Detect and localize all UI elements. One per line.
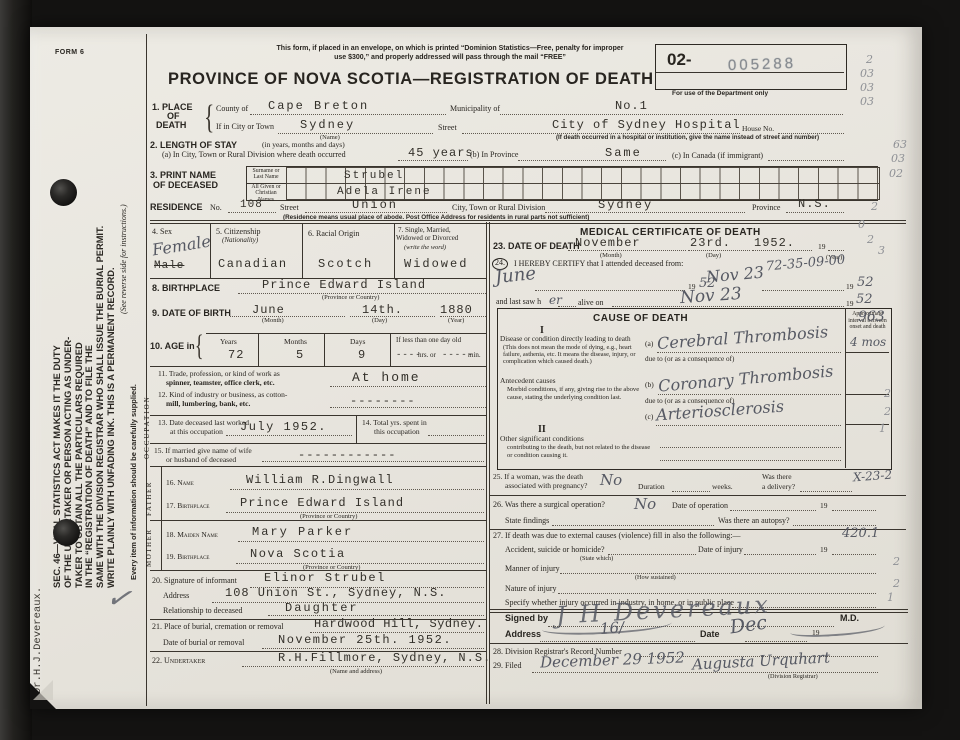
q25-margin-handwritten: X-23-2 — [853, 469, 893, 485]
dod-year-pre: 19 — [818, 243, 826, 251]
surname-value: Strubel — [344, 170, 404, 182]
q27-nature-label: Nature of injury — [505, 585, 557, 594]
age-months-value: 5 — [296, 349, 304, 362]
mother-birthplace-value: Nova Scotia — [250, 548, 346, 561]
age-days-label: Days — [350, 338, 365, 346]
pencil-mark: 3 — [878, 245, 885, 257]
q27-dateinjury-label: Date of injury — [698, 546, 743, 555]
q27-margin-handwritten: 420.1 — [842, 527, 879, 542]
dotted-line — [228, 211, 276, 213]
marital-sublabel: (write the word) — [404, 244, 446, 251]
q25-delivery-label-1: Was there — [762, 473, 792, 481]
informant-value: Elinor Strubel — [264, 572, 386, 585]
q25-handwritten: No — [600, 472, 622, 489]
rule-line — [490, 495, 906, 496]
pencil-mark: 2 — [884, 406, 891, 418]
father-birthplace-value: Prince Edward Island — [240, 497, 404, 510]
q24-aliveon-label: alive on — [578, 299, 604, 308]
cause-disease-note: (This does not mean the mode of dying, e… — [503, 344, 645, 366]
residence-street-label: Street — [280, 204, 299, 213]
residence-no-value: 108 — [240, 199, 263, 211]
dotted-line — [658, 393, 841, 395]
margin-supply-note: Every item of information should be care… — [130, 384, 138, 580]
rule-line — [150, 520, 486, 521]
surname-sublabel: Surname or Last Name — [247, 168, 285, 181]
dotted-line — [230, 488, 484, 490]
mother-vertical-label: MOTHER — [146, 528, 154, 567]
residence-province-label: Province — [752, 204, 780, 213]
pencil-mark: 2 — [893, 578, 900, 590]
street-label: Street — [438, 124, 457, 133]
dob-day-subnote: (Day) — [372, 317, 387, 324]
dotted-line — [660, 446, 841, 448]
rule-line — [150, 466, 486, 467]
rule-line — [656, 72, 844, 73]
county-label: County of — [216, 105, 248, 114]
dotted-line — [688, 249, 750, 251]
q29-label: 29. Filed — [493, 662, 521, 671]
dotted-line — [540, 640, 695, 642]
dotted-line — [672, 490, 710, 492]
q27-label: 27. If death was due to external causes … — [493, 532, 740, 541]
undertaker-subnote: (Name and address) — [330, 668, 382, 675]
margin-sec46-notice: SEC. 46—VITAL STATISTICS ACT MAKES IT TH… — [52, 83, 117, 588]
citizenship-value: Canadian — [218, 258, 288, 271]
age-hrs-label: hrs. or — [418, 352, 436, 360]
father-vertical-label: FATHER — [146, 481, 154, 516]
street-value: City of Sydney Hospital — [552, 119, 741, 132]
dotted-line — [800, 490, 852, 492]
house-no-label: House No. — [742, 125, 774, 133]
cause-disease-label: Disease or condition directly leading to… — [500, 335, 631, 343]
age-days-value: 9 — [358, 349, 366, 362]
q12-label-2: mill, lumbering, bank, etc. — [166, 400, 250, 408]
place-label-3: DEATH — [156, 120, 186, 130]
age-min-label: min. — [468, 352, 481, 360]
dotted-line — [744, 553, 816, 555]
rule-line — [356, 415, 357, 443]
rule-line — [302, 224, 303, 278]
q24-year3-handwritten: 52 — [856, 293, 873, 308]
pencil-mark: 02 — [889, 168, 903, 180]
city-town-label: If in City or Town — [216, 123, 274, 132]
hospital-subnote: (If death occurred in a hospital or inst… — [556, 135, 819, 142]
printname-label-1: 3. PRINT NAME — [150, 170, 216, 180]
stay-b-label: (b) In Province — [470, 151, 518, 160]
residence-street-value: Union — [352, 199, 398, 212]
father-birthplace-label: 17. Birthplace — [166, 502, 209, 510]
stay-c-label: (c) In Canada (if immigrant) — [672, 152, 763, 161]
rule-line — [489, 222, 490, 704]
givenname-value: Adela Irene — [337, 186, 432, 198]
dotted-line — [242, 665, 484, 667]
margin-reverse-note: (See reverse side for instructions.) — [120, 204, 129, 314]
margin-doctor-name: Dr.H.J.Devereaux. — [33, 587, 45, 694]
sec46-line-2: OF THE UNDERTAKER OR PERSON ACTING AS UN… — [63, 83, 74, 588]
cause-a-interval-handwritten: 4 mos — [850, 336, 886, 349]
rule-line — [161, 466, 162, 520]
q26-handwritten: No — [634, 496, 656, 513]
scanned-death-registration: Dr.H.J.Devereaux. SEC. 46—VITAL STATISTI… — [0, 0, 960, 740]
rule-line — [210, 224, 211, 278]
q26-dateop-label: Date of operation — [672, 502, 728, 511]
rule-line — [324, 333, 325, 366]
dotted-line — [330, 385, 486, 387]
informant-address-label: Address — [163, 592, 189, 601]
cause-c-prefix: (c) — [645, 413, 653, 421]
punch-hole-bottom — [53, 519, 80, 546]
address-label: Address — [505, 629, 541, 639]
rule-line — [486, 222, 487, 704]
sec46-line-6: WRITE PLAINLY WITH UNFADING INK. THIS IS… — [106, 83, 117, 588]
marital-value: Widowed — [404, 258, 468, 271]
pencil-mark: 2 — [893, 556, 900, 568]
q26-autopsy-label: Was there an autopsy? — [718, 517, 790, 526]
mother-name-label: 18. Maiden Name — [166, 531, 218, 539]
dob-year-subnote: (Year) — [448, 317, 464, 324]
q13-label-2: at this occupation — [170, 428, 223, 436]
rule-line — [258, 333, 259, 366]
dotted-line — [730, 509, 816, 511]
cause-a-prefix: (a) — [645, 340, 653, 348]
dob-label: 9. DATE OF BIRTH — [152, 308, 231, 318]
occupation-vertical-label: OCCUPATION — [144, 395, 152, 459]
rule-line — [150, 220, 906, 224]
undertaker-label: 22. Undertaker — [152, 657, 205, 666]
dob-month-subnote: (Month) — [262, 317, 284, 324]
dotted-line — [745, 640, 807, 642]
dotted-line — [560, 572, 876, 574]
dotted-line — [262, 460, 484, 462]
q27-accident-label: Accident, suicide or homicide? — [505, 546, 605, 555]
municipality-value: No.1 — [615, 100, 648, 113]
cause-other-note: contributing to the death, but not relat… — [507, 444, 653, 459]
citizenship-sublabel: (Nationality) — [222, 237, 258, 245]
rule-line — [490, 643, 908, 644]
registration-prefix: 02- — [667, 50, 692, 69]
cause-b-prefix: (b) — [645, 381, 654, 389]
sec46-line-4: IN THE “REGISTRATION OF DEATH” AND TO FI… — [84, 83, 95, 588]
stay-b-value: Same — [605, 147, 642, 160]
rule-line — [846, 394, 889, 395]
residence-province-value: N.S. — [798, 198, 831, 211]
dotted-line — [832, 553, 876, 555]
cause-dueto1-label: due to (or as a consequence of) — [645, 355, 734, 363]
pencil-mark: 03 — [891, 153, 905, 165]
form-title: PROVINCE OF NOVA SCOTIA—REGISTRATION OF … — [168, 70, 654, 88]
pencil-mark: 03 — [860, 96, 874, 108]
dotted-line — [428, 434, 484, 436]
dotted-line — [350, 315, 435, 317]
pencil-mark: 03 — [860, 82, 874, 94]
q13-value: July 1952. — [240, 421, 327, 434]
q25-label-2: associated with pregnancy? — [505, 482, 587, 490]
pencil-mark: 2 — [867, 234, 874, 246]
cause-antecedent-note: Morbid conditions, if any, giving rise t… — [507, 386, 645, 401]
q24-year2-handwritten: 52 — [857, 276, 874, 291]
division-registrar-subnote: (Division Registrar) — [768, 674, 818, 681]
cause-other-label: Other significant conditions — [500, 435, 584, 443]
punch-hole-top — [50, 179, 77, 206]
dotted-line — [500, 113, 843, 115]
cause-title: CAUSE OF DEATH — [593, 313, 688, 324]
rule-line — [394, 224, 395, 278]
mother-birthplace-label: 19. Birthplace — [166, 553, 209, 561]
rule-line — [146, 34, 147, 706]
age-less-label: If less than one day old — [396, 337, 461, 345]
dotted-line — [608, 553, 696, 555]
dotted-line — [226, 434, 352, 436]
burial-place-label: 21. Place of burial, cremation or remova… — [152, 623, 284, 632]
sec46-line-5: SAME WITH THE DIVISION REGISTRAR WHO SHA… — [95, 83, 106, 588]
rule-line — [161, 520, 162, 570]
rule-line — [206, 333, 486, 334]
q24-from-handwritten: June — [494, 264, 537, 288]
pencil-mark: 0 — [858, 219, 865, 231]
age-months-label: Months — [284, 338, 307, 346]
q14-label-2: this occupation — [374, 428, 420, 436]
sec46-line-3: TAKER TO OBTAIN ALL THE PARTICULARS REQU… — [74, 83, 85, 588]
rule-line — [246, 200, 878, 201]
pencil-mark: 2 — [884, 388, 891, 400]
pencil-mark: 1 — [887, 592, 894, 604]
dotted-line — [612, 305, 844, 307]
dotted-line — [532, 671, 878, 673]
marital-label-2: Widowed or Divorced — [396, 235, 458, 243]
dotted-line — [238, 540, 484, 542]
birthplace-label: 8. BIRTHPLACE — [152, 283, 220, 293]
q26-findings-label: State findings — [505, 517, 549, 526]
stay-a-label: (a) In City, Town or Rural Division wher… — [162, 151, 346, 160]
pencil-mark: 63 — [893, 139, 907, 151]
stay-label: 2. LENGTH OF STAY — [150, 140, 237, 150]
birthplace-subnote: (Province or Country) — [322, 294, 379, 301]
dotted-line — [330, 406, 486, 408]
rule-line — [390, 333, 391, 366]
dotted-line — [752, 249, 812, 251]
rule-line — [150, 415, 486, 416]
q11-value: At home — [352, 371, 421, 386]
undertaker-value: R.H.Fillmore, Sydney, N.S. — [278, 652, 491, 665]
rule-line — [845, 308, 846, 468]
burial-date-value: November 25th. 1952. — [278, 634, 452, 647]
dod-label: 23. DATE OF DEATH — [493, 241, 580, 251]
mail-note-line1: This form, if placed in an envelope, on … — [235, 45, 665, 53]
mail-note-line2: use $300,” and properly addressed will p… — [235, 54, 665, 62]
q15-label-2: or husband of deceased — [166, 456, 236, 464]
q26-year-pre: 19 — [820, 502, 828, 510]
age-years-label: Years — [220, 338, 237, 346]
stay-a-value: 45 years — [408, 147, 474, 160]
informant-relationship-label: Relationship to deceased — [163, 607, 243, 616]
sec46-line-1: SEC. 46—VITAL STATISTICS ACT MAKES IT TH… — [52, 83, 63, 588]
father-name-label: 16. Name — [166, 479, 194, 487]
q24-lastsaw-label: and last saw h — [496, 298, 541, 307]
informant-address-value: 108 Union St., Sydney, N.S. — [225, 587, 446, 600]
dotted-line — [832, 509, 876, 511]
dotted-line — [230, 315, 345, 317]
age-label: 10. AGE in — [150, 341, 195, 351]
page-fold-highlight — [33, 680, 53, 700]
book-spine — [0, 0, 32, 740]
stay-sublabel: (in years, months and days) — [262, 141, 345, 149]
rule-line — [150, 366, 486, 367]
dotted-line — [568, 249, 686, 251]
burial-place-value: Hardwood Hill, Sydney. — [314, 618, 483, 631]
dod-day-subnote: (Day) — [706, 252, 721, 259]
mother-name-value: Mary Parker — [252, 526, 353, 539]
age-years-value: 72 — [228, 349, 244, 362]
pen-mark-963: 963 — [858, 310, 885, 326]
informant-label: 20. Signature of informant — [152, 577, 237, 586]
registration-box-caption: For use of the Department only — [672, 90, 768, 97]
dotted-line — [828, 249, 844, 251]
dotted-line — [262, 647, 484, 649]
municipality-label: Municipality of — [450, 105, 500, 114]
dotted-line — [762, 289, 844, 291]
cause-antecedent-label: Antecedent causes — [500, 377, 556, 385]
residence-city-label: City, Town or Rural Division — [452, 204, 545, 213]
q27-sustained-subnote: (How sustained) — [635, 575, 676, 582]
residence-label: RESIDENCE — [150, 202, 203, 212]
form-number-label: FORM 6 — [55, 49, 84, 57]
sex-struck-value: Male — [154, 260, 184, 272]
q25-duration-label: Duration — [638, 483, 665, 491]
dotted-line — [268, 614, 484, 616]
q27-manner-label: Manner of injury — [505, 565, 560, 574]
dotted-line — [518, 159, 666, 161]
q27-statewhich-subnote: (State which) — [580, 556, 613, 563]
q11-label-2: spinner, teamster, office clerk, etc. — [166, 379, 275, 387]
dotted-line — [558, 305, 576, 307]
q25-weeks-label: weeks. — [712, 483, 733, 491]
dotted-line — [552, 524, 714, 526]
brace: { — [204, 99, 214, 137]
racial-origin-value: Scotch — [318, 258, 373, 271]
dotted-line — [657, 351, 841, 353]
pencil-mark: 2 — [871, 201, 878, 213]
dotted-line — [768, 159, 844, 161]
residence-no-label: No. — [210, 204, 222, 213]
racial-origin-label: 6. Racial Origin — [308, 230, 359, 239]
sex-label: 4. Sex — [152, 228, 172, 237]
q24-year2-pre: 19 — [846, 283, 854, 291]
rule-line — [846, 352, 889, 353]
residence-city-value: Sydney — [598, 199, 653, 212]
father-name-value: William R.Dingwall — [246, 474, 394, 487]
birthplace-value: Prince Edward Island — [262, 279, 426, 292]
q27-year-pre: 19 — [820, 546, 828, 554]
burial-date-label: Date of burial or removal — [163, 639, 244, 648]
dotted-line — [656, 424, 841, 426]
city-town-value: Sydney — [300, 119, 355, 132]
q25-delivery-label-2: a delivery? — [762, 483, 795, 491]
dotted-line — [535, 289, 685, 291]
printname-label-2: OF DECEASED — [153, 180, 218, 190]
date-label: Date — [700, 629, 720, 639]
rule-line — [150, 443, 486, 444]
pencil-mark: 03 — [860, 68, 874, 80]
county-value: Cape Breton — [268, 100, 369, 113]
pencil-mark: 1 — [879, 423, 886, 435]
dotted-line — [660, 459, 841, 461]
brace: { — [195, 329, 204, 363]
q24-label: I HEREBY CERTIFY that I attended decease… — [514, 260, 683, 269]
q26-label: 26. Was there a surgical operation? — [493, 501, 605, 510]
pencil-mark: 2 — [866, 54, 873, 66]
